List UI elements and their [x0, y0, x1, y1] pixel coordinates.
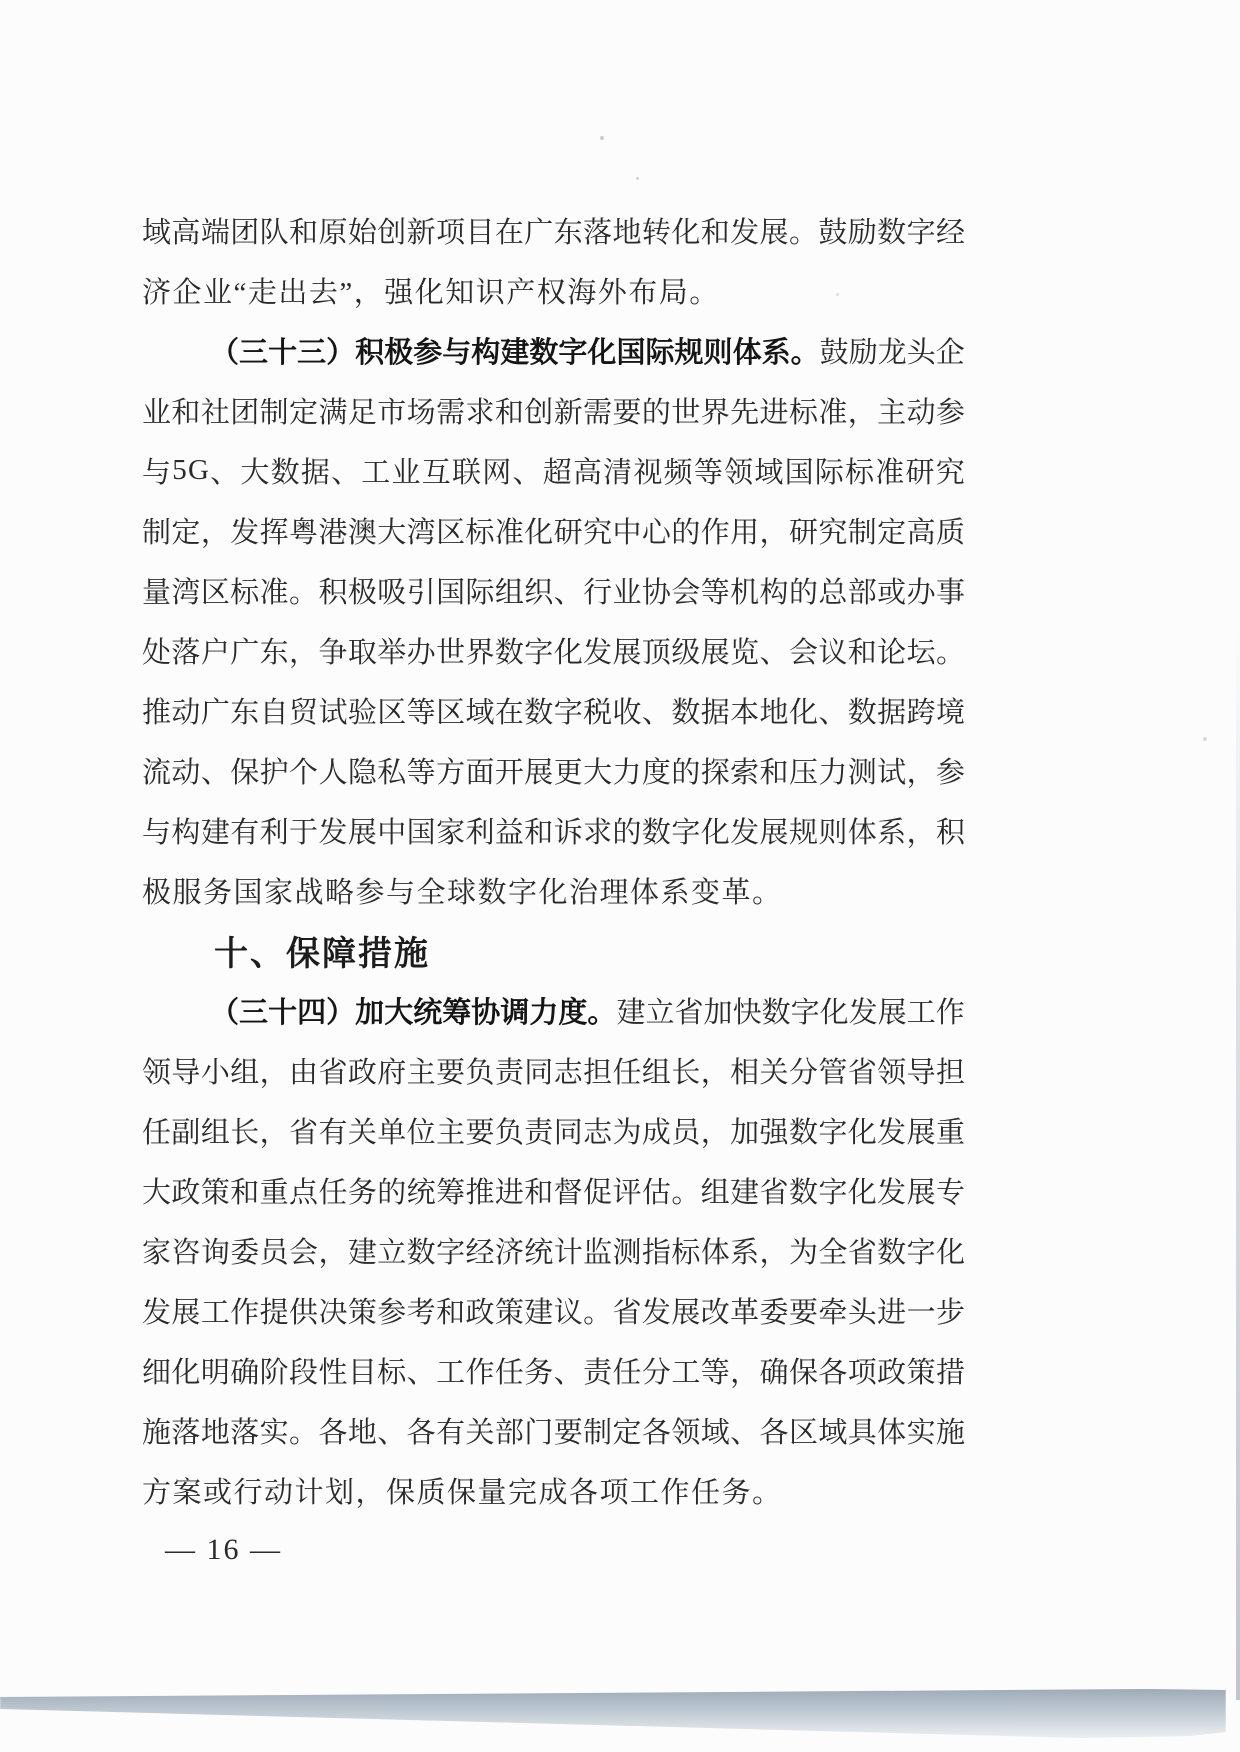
text-line: 任副组长，省有关单位主要负责同志为成员，加强数字化发展重: [142, 1100, 965, 1160]
text-line: 方案或行动计划，保质保量完成各项工作任务。: [142, 1460, 965, 1520]
text-line: 与5G、大数据、工业互联网、超高清视频等领域国际标准研究: [142, 440, 965, 500]
document-page: 域高端团队和原始创新项目在广东落地转化和发展。鼓励数字经济企业“走出去”，强化知…: [0, 0, 1240, 1752]
text-line: 流动、保护个人隐私等方面开展更大力度的探索和压力测试，参: [142, 740, 965, 800]
text-block: 域高端团队和原始创新项目在广东落地转化和发展。鼓励数字经济企业“走出去”，强化知…: [142, 200, 965, 1520]
text-line: （三十三）积极参与构建数字化国际规则体系。鼓励龙头企: [142, 320, 965, 380]
text-line: 处落户广东，争取举办世界数字化发展顶级展览、会议和论坛。: [142, 620, 965, 680]
section-heading: 十、保障措施: [142, 920, 965, 980]
text-line: 领导小组，由省政府主要负责同志担任组长，相关分管省领导担: [142, 1040, 965, 1100]
text-line: 济企业“走出去”，强化知识产权海外布局。: [142, 260, 965, 320]
scan-page-edge-shadow: [1236, 620, 1240, 1700]
text-line: 制定，发挥粤港澳大湾区标准化研究中心的作用，研究制定高质: [142, 500, 965, 560]
text-line: 极服务国家战略参与全球数字化治理体系变革。: [142, 860, 965, 920]
page-number: — 16 —: [165, 1520, 282, 1580]
text-line: 施落地落实。各地、各有关部门要制定各领域、各区域具体实施: [142, 1400, 965, 1460]
scan-speck: [1203, 737, 1207, 741]
text-line: （三十四）加大统筹协调力度。建立省加快数字化发展工作: [142, 980, 965, 1040]
text-line: 发展工作提供决策参考和政策建议。省发展改革委要牵头进一步: [142, 1280, 965, 1340]
scan-speck: [636, 177, 639, 180]
text-line: 细化明确阶段性目标、工作任务、责任分工等，确保各项政策措: [142, 1340, 965, 1400]
text-line: 域高端团队和原始创新项目在广东落地转化和发展。鼓励数字经: [142, 200, 965, 260]
scan-bottom-shadow: [0, 1686, 1226, 1740]
scan-speck: [836, 293, 839, 296]
text-line: 与构建有利于发展中国家利益和诉求的数字化发展规则体系，积: [142, 800, 965, 860]
text-line: 量湾区标准。积极吸引国际组织、行业协会等机构的总部或办事: [142, 560, 965, 620]
scan-speck: [600, 136, 604, 140]
text-line: 推动广东自贸试验区等区域在数字税收、数据本地化、数据跨境: [142, 680, 965, 740]
text-line: 家咨询委员会，建立数字经济统计监测指标体系，为全省数字化: [142, 1220, 965, 1280]
text-line: 业和社团制定满足市场需求和创新需要的世界先进标准，主动参: [142, 380, 965, 440]
text-line: 大政策和重点任务的统筹推进和督促评估。组建省数字化发展专: [142, 1160, 965, 1220]
